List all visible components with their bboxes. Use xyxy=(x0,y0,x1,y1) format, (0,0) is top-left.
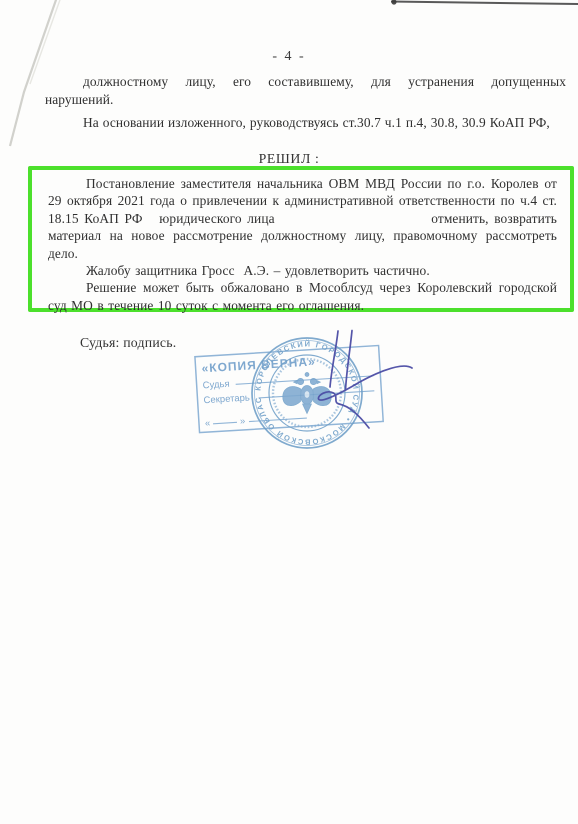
scanner-top-blob xyxy=(391,0,396,5)
copy-stamp-secretary-label: Секретарь xyxy=(203,392,250,406)
seal-text-ring-outer xyxy=(255,341,360,446)
copy-stamp-title: «КОПИЯ ВЕРНА» xyxy=(201,354,316,375)
page-number: - 4 - xyxy=(0,49,578,65)
document-page: - 4 - должностному лицу, его составившем… xyxy=(0,0,578,824)
paragraph-legal-basis: На основании изложенного, руководствуясь… xyxy=(45,114,566,132)
seal-ring-text: КОРОЛЕВСКИЙ ГОРОДСКОЙ СУД • МОСКОВСКОЙ О… xyxy=(170,320,361,447)
decision-paragraph-appeal: Решение может быть обжаловано в Мособлсу… xyxy=(48,279,557,314)
copy-stamp-date-line1 xyxy=(213,422,237,423)
copy-stamp-secretary-line xyxy=(259,391,375,398)
copy-stamp-date-open: « xyxy=(205,418,211,429)
court-stamp: «КОПИЯ ВЕРНА» Судья Секретарь « » КОРОЛЕ… xyxy=(170,320,470,468)
copy-stamp-judge-label: Судья xyxy=(202,379,230,392)
seal-inner-ring xyxy=(269,355,345,431)
seal-outer-ring xyxy=(252,338,362,448)
decision-paragraph-annulment: Постановление заместителя начальника ОВМ… xyxy=(48,175,557,262)
page-edge-fold-shadow xyxy=(30,0,61,84)
resolution-heading: РЕШИЛ : xyxy=(0,151,578,167)
handwritten-signature xyxy=(318,331,412,429)
scanner-top-line xyxy=(391,2,578,5)
coat-of-arms-eagle-icon xyxy=(283,373,331,414)
round-court-seal: КОРОЛЕВСКИЙ ГОРОДСКОЙ СУД • МОСКОВСКОЙ О… xyxy=(170,320,362,448)
copy-stamp-date-line2 xyxy=(249,418,307,422)
paragraph-remedial: должностному лицу, его составившему, для… xyxy=(45,73,566,109)
copy-stamp: «КОПИЯ ВЕРНА» Судья Секретарь « » xyxy=(195,346,383,433)
decision-highlight-box: Постановление заместителя начальника ОВМ… xyxy=(28,166,574,312)
copy-stamp-border xyxy=(195,346,383,433)
decision-paragraph-complaint: Жалобу защитника Гросс А.Э. – удовлетвор… xyxy=(48,262,557,279)
seal-microtext-ring xyxy=(273,359,341,427)
judge-signature-line: Судья: подпись. xyxy=(80,335,176,351)
copy-stamp-date-close: » xyxy=(240,416,246,427)
copy-stamp-judge-line xyxy=(236,376,374,384)
body-text-block: должностному лицу, его составившему, для… xyxy=(45,73,566,132)
